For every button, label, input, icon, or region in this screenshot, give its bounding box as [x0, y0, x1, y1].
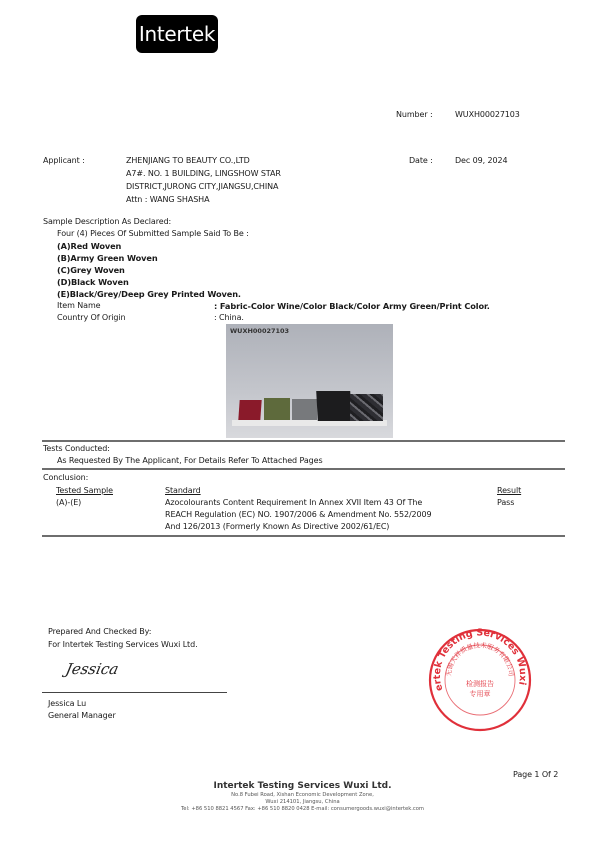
standard-line: Azocolourants Content Requirement In Ann… — [165, 497, 422, 509]
result-value: Pass — [497, 497, 514, 509]
item-name-label: Item Name — [57, 300, 100, 312]
applicant-line: ZHENJIANG TO BEAUTY CO.,LTD — [126, 155, 250, 167]
applicant-line: A7#. NO. 1 BUILDING, LINGSHOW STAR — [126, 168, 281, 180]
photo-label: WUXH00027103 — [230, 327, 289, 335]
sample-item: (C)Grey Woven — [57, 264, 125, 276]
prepared-company: For Intertek Testing Services Wuxi Ltd. — [48, 639, 198, 651]
svg-text:专用章: 专用章 — [470, 689, 491, 698]
sample-item: (E)Black/Grey/Deep Grey Printed Woven. — [57, 288, 241, 300]
signer-name: Jessica Lu — [48, 698, 86, 710]
footer-address-line: Wuxi 214101, Jiangsu, China — [0, 799, 595, 806]
sample-photo: WUXH00027103 — [226, 324, 393, 438]
swatch-army-green — [264, 398, 290, 420]
applicant-line: DISTRICT,JURONG CITY,JIANGSU,CHINA — [126, 181, 278, 193]
signature: Jessica — [64, 660, 120, 678]
tests-heading: Tests Conducted: — [43, 443, 110, 455]
tested-sample-value: (A)-(E) — [56, 497, 81, 509]
swatch-printed — [350, 394, 383, 421]
swatch-grey — [292, 399, 317, 420]
prepared-label: Prepared And Checked By: — [48, 626, 151, 638]
applicant-attn: Attn : WANG SHASHA — [126, 194, 209, 206]
signer-title: General Manager — [48, 710, 116, 722]
tests-text: As Requested By The Applicant, For Detai… — [57, 455, 323, 467]
sample-item: (D)Black Woven — [57, 276, 129, 288]
sample-item: (A)Red Woven — [57, 240, 121, 252]
footer-address-line: No.8 Fubei Road, Xishan Economic Develop… — [0, 792, 595, 799]
divider — [42, 468, 565, 470]
origin-value: : China. — [214, 312, 244, 324]
origin-label: Country Of Origin — [57, 312, 125, 324]
column-result: Result — [497, 485, 521, 497]
swatch-black — [316, 391, 352, 421]
signature-line — [42, 692, 227, 693]
standard-line: And 126/2013 (Formerly Known As Directiv… — [165, 521, 389, 533]
number-label: Number : — [396, 109, 433, 121]
page-number: Page 1 Of 2 — [513, 769, 558, 781]
divider — [42, 535, 565, 537]
company-seal-icon: Intertek Testing Services Wuxi Ltd 无锡天祥质… — [428, 628, 532, 732]
item-name-value: : Fabric-Color Wine/Color Black/Color Ar… — [214, 300, 490, 312]
swatch-red — [238, 400, 261, 420]
intertek-logo: Intertek — [136, 15, 218, 53]
sample-item: (B)Army Green Woven — [57, 252, 158, 264]
footer-company: Intertek Testing Services Wuxi Ltd. — [0, 781, 595, 791]
date-label: Date : — [409, 155, 433, 167]
report-number: WUXH00027103 — [455, 109, 520, 121]
divider — [42, 440, 565, 442]
footer-contact: Tel: +86 510 8821 4567 Fax: +86 510 8820… — [0, 806, 595, 813]
sample-intro: Four (4) Pieces Of Submitted Sample Said… — [57, 228, 249, 240]
column-tested-sample: Tested Sample — [56, 485, 113, 497]
applicant-label: Applicant : — [43, 155, 85, 167]
column-standard: Standard — [165, 485, 201, 497]
standard-line: REACH Regulation (EC) NO. 1907/2006 & Am… — [165, 509, 432, 521]
svg-text:检测报告: 检测报告 — [466, 679, 494, 688]
sample-heading: Sample Description As Declared: — [43, 216, 171, 228]
conclusion-heading: Conclusion: — [43, 472, 88, 484]
report-date: Dec 09, 2024 — [455, 155, 507, 167]
